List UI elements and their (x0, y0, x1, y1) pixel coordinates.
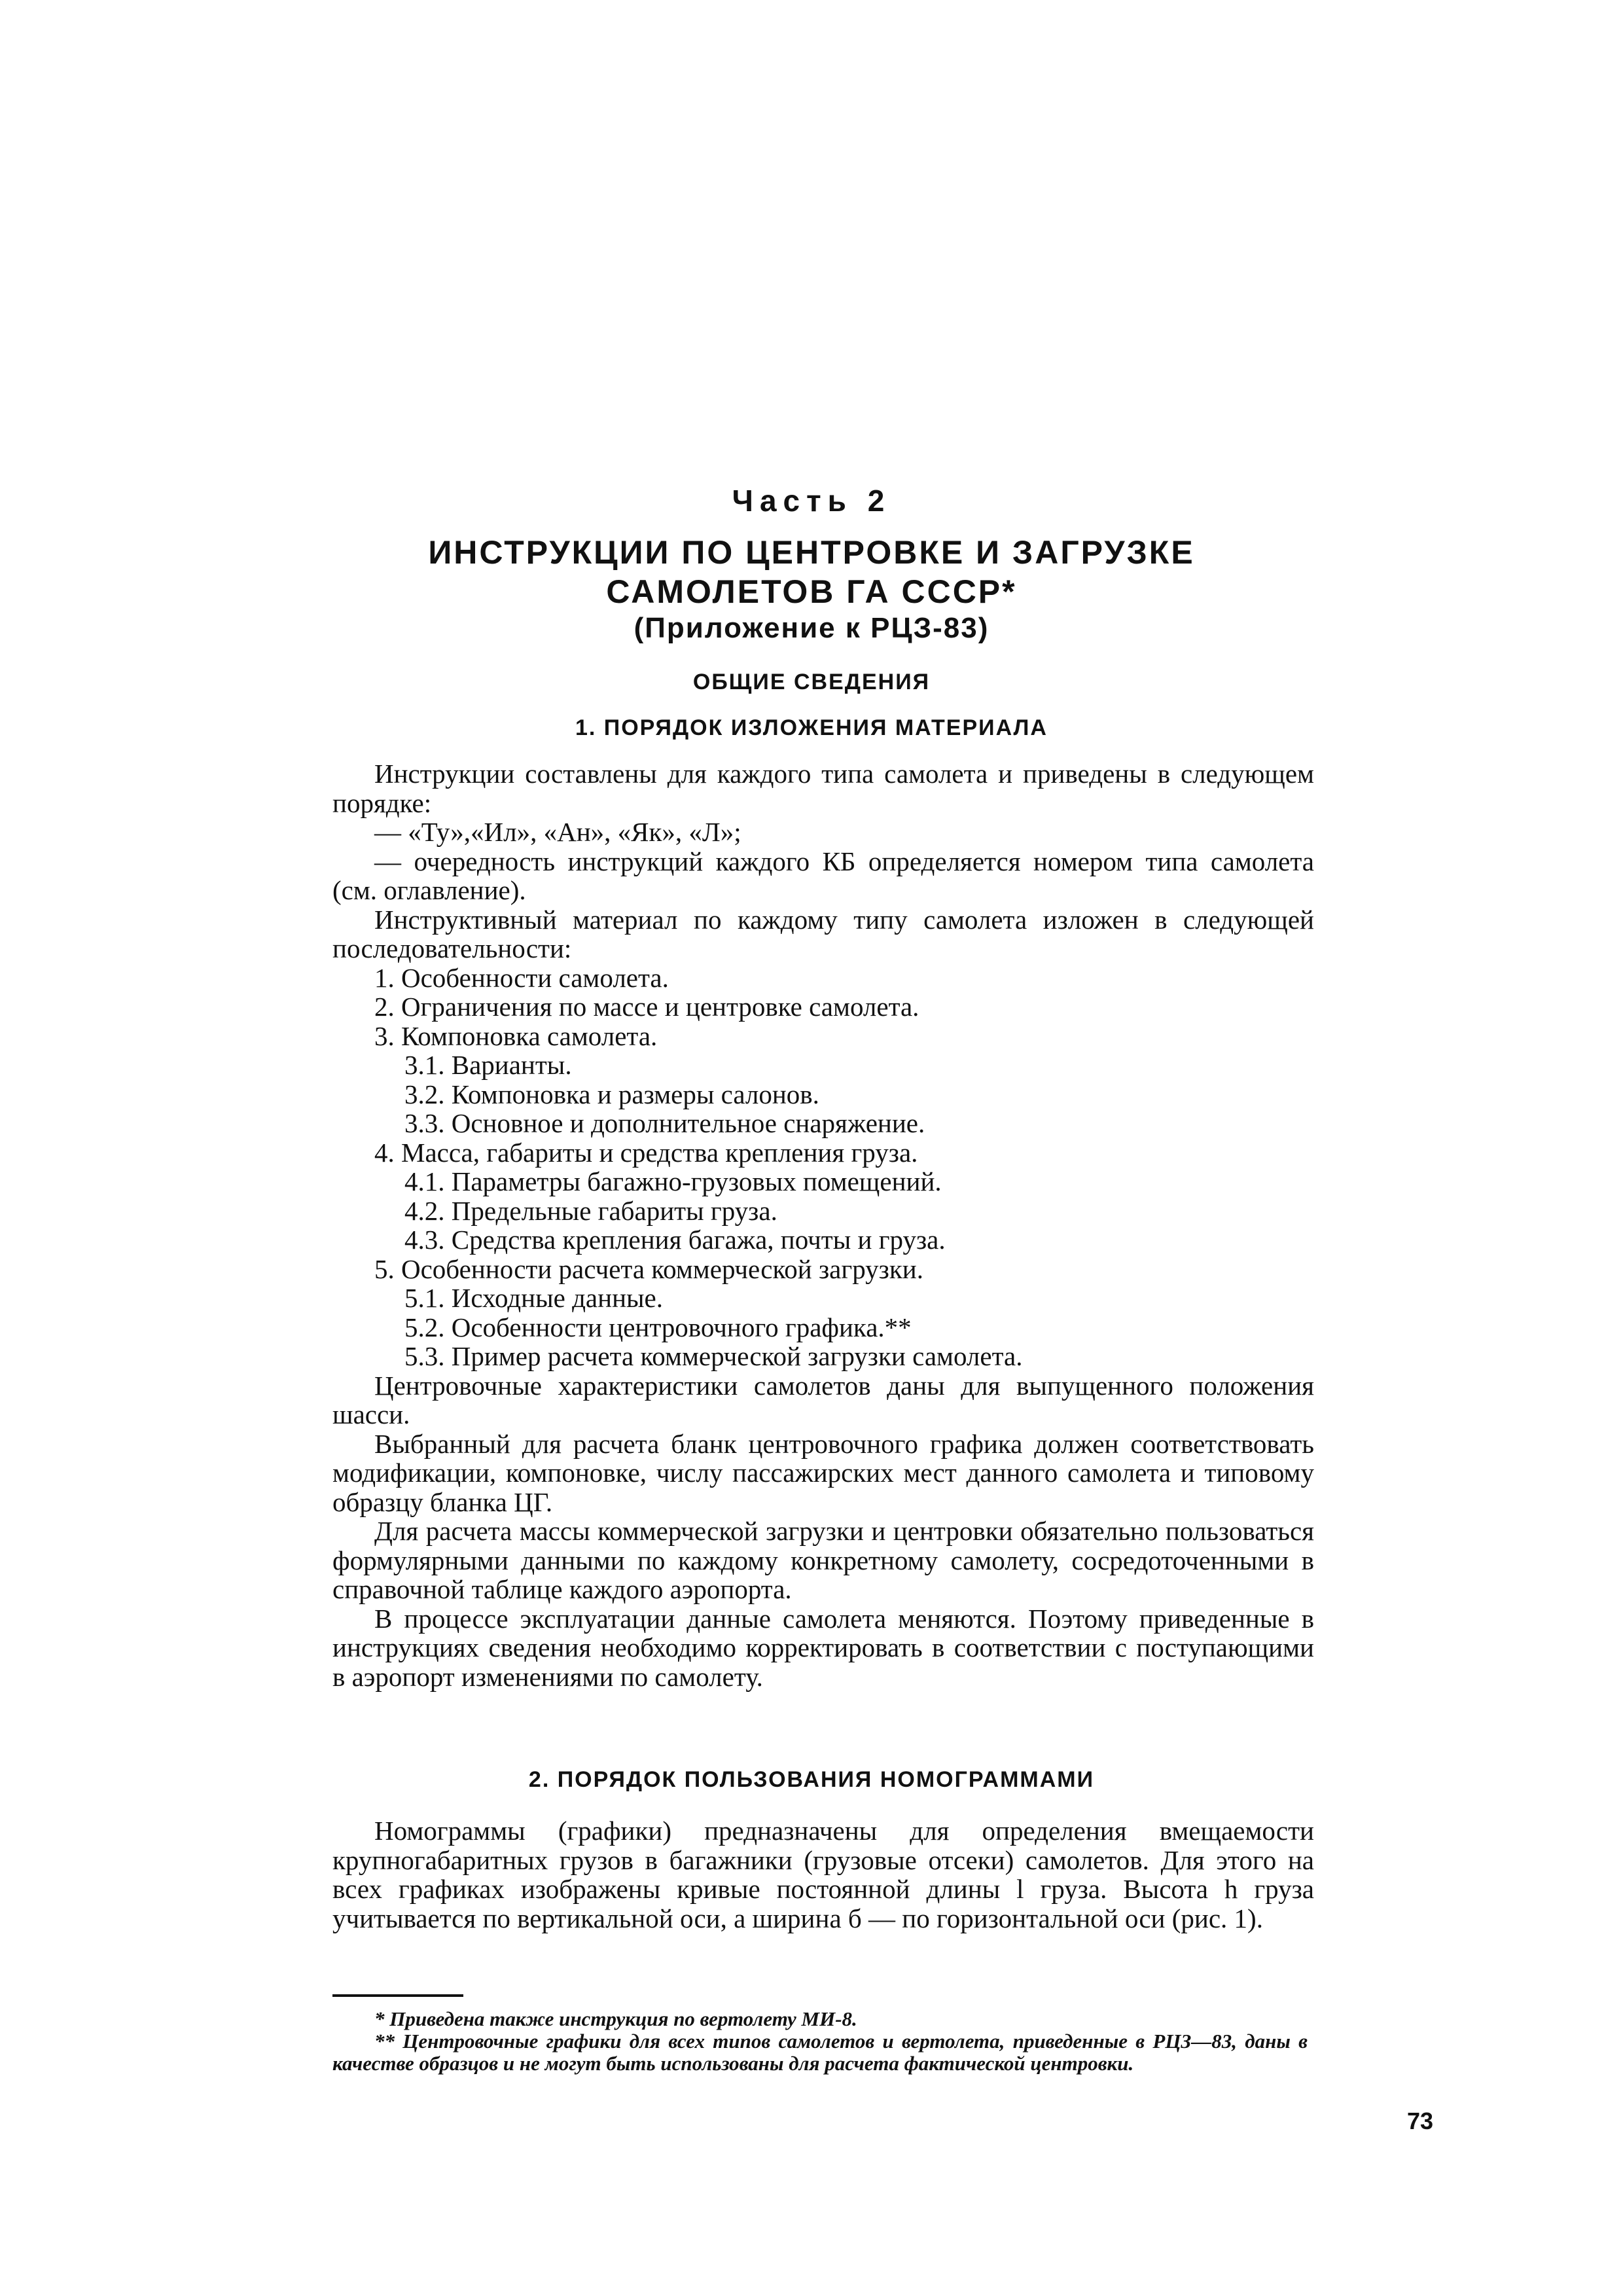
outline-subitem: 5.3. Пример расчета коммерческой загрузк… (332, 1342, 1314, 1371)
body-paragraph: Для расчета массы коммерческой загрузки … (332, 1516, 1314, 1604)
section-1-body: Инструкции составлены для каждого типа с… (332, 759, 1314, 1691)
outline-subitem: 4.3. Средства крепления багажа, почты и … (332, 1225, 1314, 1255)
document-title-line-2: САМОЛЕТОВ ГА СССР* (0, 573, 1623, 611)
body-paragraph: Центровочные характеристики самолетов да… (332, 1371, 1314, 1429)
section-2-body: Номограммы (графики) предназначены для о… (332, 1816, 1314, 1933)
outline-subitem: 3.3. Основное и дополнительное снаряжени… (332, 1109, 1314, 1138)
page-number: 73 (1407, 2108, 1433, 2135)
section-heading-1: 1. ПОРЯДОК ИЗЛОЖЕНИЯ МАТЕРИАЛА (0, 715, 1623, 741)
outline-subitem: 4.1. Параметры багажно-грузовых помещени… (332, 1167, 1314, 1196)
document-title-line-1: ИНСТРУКЦИИ ПО ЦЕНТРОВКЕ И ЗАГРУЗКЕ (0, 533, 1623, 571)
outline-item: 3. Компоновка самолета. (332, 1022, 1314, 1051)
footnote-divider (332, 1994, 463, 1997)
section-heading-2: 2. ПОРЯДОК ПОЛЬЗОВАНИЯ НОМОГРАММАМИ (0, 1767, 1623, 1793)
section-heading-general: ОБЩИЕ СВЕДЕНИЯ (0, 670, 1623, 695)
order-item: — «Ту»,«Ил», «Ан», «Як», «Л»; (332, 817, 1314, 847)
footnotes: * Приведена также инструкция по вертолет… (332, 2008, 1308, 2075)
document-page: Часть 2 ИНСТРУКЦИИ ПО ЦЕНТРОВКЕ И ЗАГРУЗ… (0, 0, 1623, 2296)
body-paragraph: Выбранный для расчета бланк центровочног… (332, 1429, 1314, 1517)
outline-subitem: 4.2. Предельные габариты груза. (332, 1196, 1314, 1226)
footnote: * Приведена также инструкция по вертолет… (332, 2008, 1308, 2030)
outline-subitem: 3.2. Компоновка и размеры салонов. (332, 1080, 1314, 1109)
document-subtitle: (Приложение к РЦЗ-83) (0, 612, 1623, 645)
outline-item: 4. Масса, габариты и средства крепления … (332, 1138, 1314, 1168)
intro-paragraph: Инструкции составлены для каждого типа с… (332, 759, 1314, 817)
outline-subitem: 5.2. Особенности центровочного графика.*… (332, 1313, 1314, 1342)
order-item: — очередность инструкций каждого КБ опре… (332, 847, 1314, 905)
part-heading: Часть 2 (0, 483, 1623, 518)
outline-list: 1. Особенности самолета. 2. Ограничения … (332, 963, 1314, 1371)
sequence-intro-paragraph: Инструктивный материал по каждому типу с… (332, 905, 1314, 963)
outline-item: 5. Особенности расчета коммерческой загр… (332, 1255, 1314, 1284)
outline-subitem: 5.1. Исходные данные. (332, 1283, 1314, 1313)
outline-item: 2. Ограничения по массе и центровке само… (332, 992, 1314, 1022)
body-paragraph: Номограммы (графики) предназначены для о… (332, 1816, 1314, 1933)
footnote: ** Центровочные графики для всех типов с… (332, 2030, 1308, 2075)
body-paragraph: В процессе эксплуатации данные самолета … (332, 1604, 1314, 1692)
outline-item: 1. Особенности самолета. (332, 963, 1314, 993)
outline-subitem: 3.1. Варианты. (332, 1050, 1314, 1080)
